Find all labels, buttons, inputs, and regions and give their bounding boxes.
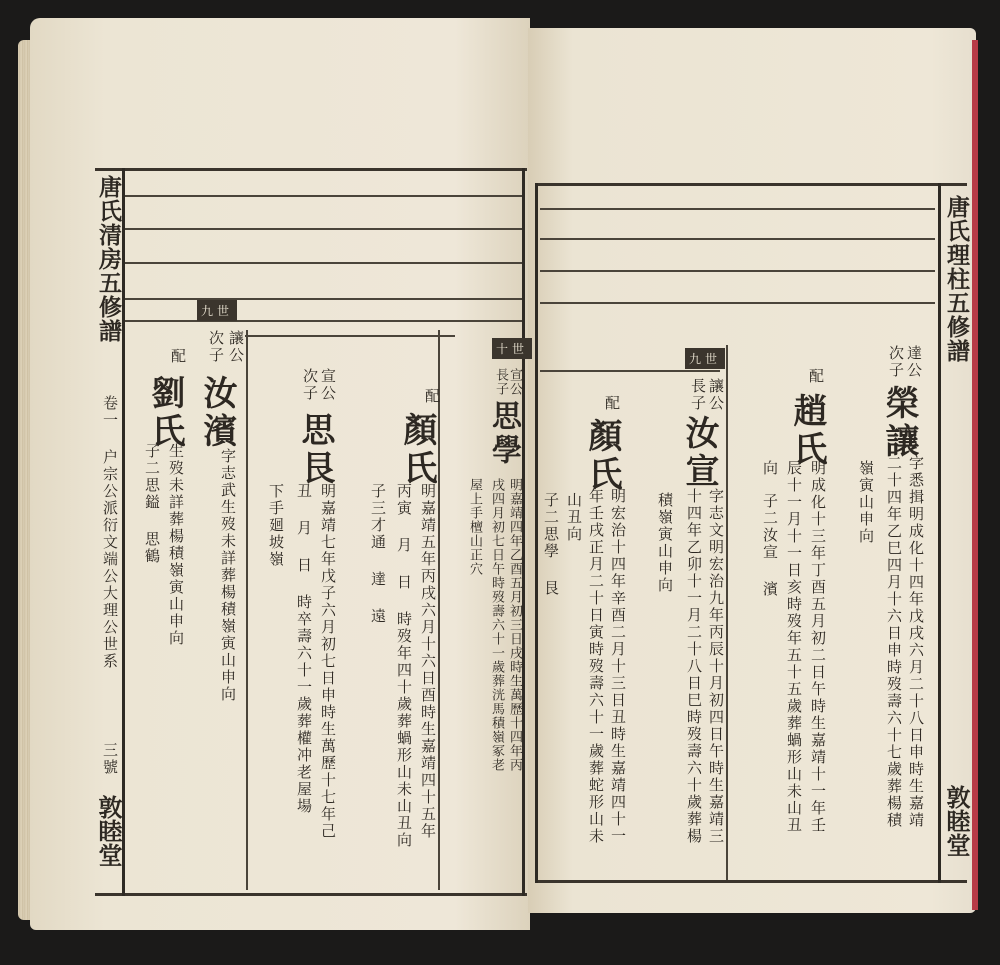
children: 子二汝宣 濱 — [762, 493, 777, 598]
spouse-label: 配 — [604, 395, 619, 412]
person-details: 字志文明宏治九年丙辰十月初四日午時生嘉靖三 — [708, 488, 723, 845]
rule-line — [125, 298, 525, 300]
right-inner-border — [535, 183, 538, 883]
parent-label: 宣公 — [508, 368, 521, 396]
spouse-name: 顏氏 — [585, 418, 619, 494]
spouse-details: 明嘉靖五年丙戌六月十六日酉時生嘉靖四十五年 — [420, 483, 435, 840]
generation-marker-9: 九世 — [685, 348, 725, 369]
rule-line — [540, 370, 720, 372]
spouse-details: 明成化十三年丁酉五月初二日午時生嘉靖十一年壬 — [810, 460, 825, 834]
generation-marker-10: 十世 — [492, 338, 532, 359]
rank-label: 次子 — [888, 345, 903, 379]
left-book-title: 唐氏清房五修譜 — [97, 175, 120, 343]
person-details: 明嘉靖七年戊子六月初七日申時生萬歷十七年己 — [320, 483, 335, 840]
spouse-details-2: 辰十一月十一日亥時歿年五十五歲葬蝸形山未山丑 — [786, 460, 801, 834]
right-margin-border — [938, 183, 941, 883]
generation-marker-9: 九世 — [197, 300, 237, 321]
burial-site: 積嶺寅山申向 — [657, 492, 672, 594]
person-name: 汝宣 — [682, 415, 716, 491]
spouse-details-2: 丙寅 月 日 時歿年四十歲葬蝸形山未山丑向 — [396, 483, 411, 849]
spouse-name: 劉氏 — [148, 375, 182, 451]
left-hall-name: 敦睦堂 — [96, 795, 120, 867]
burial-site: 嶺寅山申向 — [858, 460, 873, 545]
rule-line — [125, 195, 525, 197]
rank-label: 次子 — [302, 368, 317, 402]
children: 子二思學 艮 — [543, 492, 558, 597]
spouse-name: 趙氏 — [790, 393, 824, 469]
left-margin-border — [122, 168, 125, 896]
rule-line — [540, 302, 935, 304]
parent-label: 讓公 — [228, 330, 243, 364]
spouse-details: 生歿未詳葬楊積嶺寅山申向 — [168, 443, 183, 647]
rule-line — [540, 270, 935, 272]
person-name: 榮讓 — [882, 385, 916, 461]
right-top-border — [535, 183, 967, 186]
spouse-details-2: 年壬戌正月二十日寅時歿壽六十一歲葬蛇形山未 — [588, 488, 603, 845]
spouse-label: 配 — [170, 348, 185, 365]
left-inner-border — [522, 168, 525, 896]
person-details: 字悉揖明成化十四年戊戌六月二十八日申時生嘉靖 — [908, 455, 923, 829]
person-name: 汝濱 — [200, 375, 234, 451]
parent-label: 達公 — [906, 345, 921, 379]
person-details-2: 丑 月 日 時卒壽六十一歲葬權冲老屋場 — [296, 483, 311, 815]
rule-line — [125, 320, 525, 322]
person-name: 思艮 — [298, 412, 332, 488]
column-divider — [438, 330, 440, 890]
person-details-2: 十四年乙卯十一月二十八日巳時歿壽六十歲葬楊 — [686, 488, 701, 845]
rule-line — [540, 238, 935, 240]
burial-site: 山丑向 — [566, 492, 581, 543]
burial-site: 屋上手檀山正穴 — [468, 478, 481, 576]
column-divider — [726, 345, 728, 880]
person-details-2: 戌四月初七日午時歿壽六十一歲葬洸馬積嶺冢老 — [490, 478, 503, 772]
spouse-label: 配 — [808, 368, 823, 385]
rule-line — [245, 335, 455, 337]
burial-site: 向 — [762, 460, 777, 477]
column-divider — [246, 330, 248, 890]
left-volume-info: 卷一 户宗公派衍文端公大理公世系 — [102, 395, 117, 670]
parent-label: 宣公 — [320, 368, 335, 402]
right-book-title: 唐氏理柱五修譜 — [945, 195, 968, 363]
spouse-label: 配 — [424, 388, 439, 405]
spouse-details: 明宏治十四年辛酉二月十三日丑時生嘉靖四十一 — [610, 488, 625, 845]
children: 子二思鎰 思鶴 — [144, 443, 159, 565]
rank-label: 次子 — [208, 330, 223, 364]
rank-label: 長子 — [494, 368, 507, 396]
children: 子三才通 達 遠 — [370, 483, 385, 625]
burial-site: 下手廻坡嶺 — [268, 483, 283, 568]
right-hall-name: 敦睦堂 — [944, 785, 968, 857]
right-bottom-border — [535, 880, 967, 883]
spouse-name: 顏氏 — [400, 412, 434, 488]
left-top-border — [95, 168, 527, 171]
rule-line — [125, 228, 525, 230]
left-page-number: 三號 — [102, 742, 117, 776]
rule-line — [540, 208, 935, 210]
person-name: 思學 — [488, 400, 518, 468]
rank-label: 長子 — [690, 378, 705, 412]
parent-label: 讓公 — [708, 378, 723, 412]
person-details: 字志武生歿未詳葬楊積嶺寅山申向 — [220, 448, 235, 703]
red-book-edge — [972, 40, 978, 910]
person-details-2: 二十四年乙巳四月十六日申時歿壽六十七歲葬楊積 — [886, 455, 901, 829]
rule-line — [125, 262, 525, 264]
person-details: 明嘉靖四年乙酉五月初三日戌時生萬歷十四年丙 — [508, 478, 521, 772]
left-bottom-border — [95, 893, 527, 896]
